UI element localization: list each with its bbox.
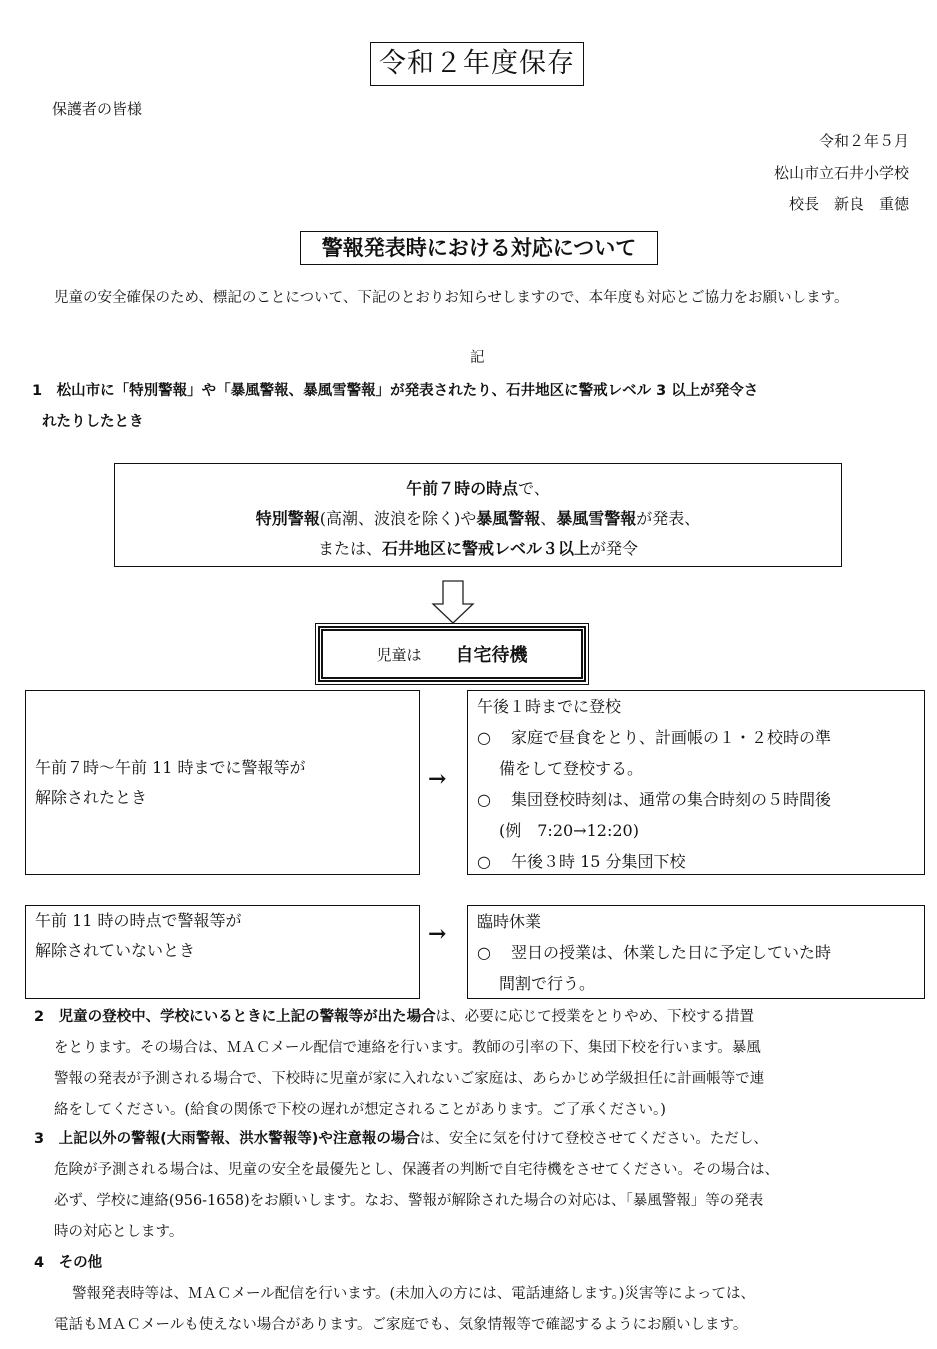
intro-paragraph: 児童の安全確保のため、標記のことについて、下記のとおりお知らせしますので、本年度… xyxy=(32,283,922,314)
section-2-line-4: 絡をしてください。(給食の関係で下校の遅れが想定されることがあります。ご了承くだ… xyxy=(34,1095,926,1126)
case-1-bullet: ○ 午後３時 15 分集団下校 xyxy=(477,846,918,877)
snowstorm-warning: 暴風雪警報 xyxy=(556,509,636,528)
down-arrow-icon xyxy=(431,580,475,624)
ki-heading: 記 xyxy=(470,346,485,367)
bullet-text: 午後３時 15 分集団下校 xyxy=(511,846,918,877)
retention-stamp: 令和２年度保存 xyxy=(370,42,584,86)
stay-home-label: 児童は xyxy=(376,644,421,665)
trigger-condition-box: 午前７時の時点で、 特別警報(高潮、波浪を除く)や暴風警報、暴風雪警報が発表、 … xyxy=(114,463,842,567)
circle-bullet-icon: ○ xyxy=(477,937,511,968)
case-1-result-box: 午後１時までに登校 ○ 家庭で昼食をとり、計画帳の１・２校時の準 備をして登校す… xyxy=(467,690,925,875)
condition-text: で、 xyxy=(518,479,550,498)
case-1-bullet: ○ 家庭で昼食をとり、計画帳の１・２校時の準 xyxy=(477,722,918,753)
bullet-text: 集団登校時刻は、通常の集合時刻の５時間後 xyxy=(511,784,918,815)
issue-date: 令和２年５月 xyxy=(819,130,909,151)
case-1-condition-line-1: 午前７時～午前 11 時までに警報等が xyxy=(35,753,419,783)
section-3: 3 上記以外の警報(大雨警報、洪水警報等)や注意報の場合は、安全に気を付けて登校… xyxy=(34,1124,926,1248)
case-1-bullet: ○ 集団登校時刻は、通常の集合時刻の５時間後 xyxy=(477,784,918,815)
document-title: 警報発表時における対応について xyxy=(300,231,658,265)
section-4: 4 その他 警報発表時等は、ＭＡＣメール配信を行います。(未加入の方には、電話連… xyxy=(34,1248,926,1341)
section-3-line-3: 必ず、学校に連絡(956-1658)をお願いします。なお、警報が解除された場合の… xyxy=(34,1186,926,1217)
section-1-line-2: れたりしたとき xyxy=(32,407,924,438)
circle-bullet-icon: ○ xyxy=(477,722,511,753)
section-4-line-2: 電話もＭＡＣメールも使えない場合があります。ご家庭でも、気象情報等で確認するよう… xyxy=(34,1310,926,1341)
bullet-continuation: 備をして登校する。 xyxy=(477,753,918,784)
section-3-line-4: 時の対応とします。 xyxy=(34,1217,926,1248)
section-2-line-2: をとります。その場合は、ＭＡＣメール配信で連絡を行います。教師の引率の下、集団下… xyxy=(34,1033,926,1064)
condition-text: 、 xyxy=(540,509,556,528)
case-2-condition-line-2: 解除されていないとき xyxy=(35,936,419,966)
case-1-condition-line-2: 解除されたとき xyxy=(35,783,419,813)
greeting: 保護者の皆様 xyxy=(52,98,142,119)
case-2-result-box: 臨時休業 ○ 翌日の授業は、休業した日に予定していた時 間割で行う。 xyxy=(467,905,925,999)
section-2-text: は、必要に応じて授業をとりやめ、下校する措置 xyxy=(436,1009,754,1025)
case-2-condition-line-1: 午前 11 時の時点で警報等が xyxy=(35,906,419,936)
case-2-bullet: ○ 翌日の授業は、休業した日に予定していた時 xyxy=(477,937,918,968)
case-1-condition-box: 午前７時～午前 11 時までに警報等が 解除されたとき xyxy=(25,690,420,875)
circle-bullet-icon: ○ xyxy=(477,846,511,877)
case-2-result-title: 臨時休業 xyxy=(477,906,918,937)
section-2-line-1: 2 児童の登校中、学校にいるときに上記の警報等が出た場合は、必要に応じて授業をと… xyxy=(34,1002,926,1033)
condition-text: が発令 xyxy=(590,539,638,558)
special-warning: 特別警報 xyxy=(256,509,320,528)
condition-line-1: 午前７時の時点で、 xyxy=(115,474,841,504)
circle-bullet-icon: ○ xyxy=(477,784,511,815)
section-3-text: は、安全に気を付けて登校させてください。ただし、 xyxy=(420,1131,768,1147)
condition-text: (高潮、波浪を除く)や xyxy=(320,509,477,528)
right-arrow-icon: → xyxy=(428,921,446,947)
school-name: 松山市立石井小学校 xyxy=(774,162,909,183)
condition-line-2: 特別警報(高潮、波浪を除く)や暴風警報、暴風雪警報が発表、 xyxy=(115,504,841,534)
section-3-line-2: 危険が予測される場合は、児童の安全を最優先とし、保護者の判断で自宅待機をさせてく… xyxy=(34,1155,926,1186)
case-1-result-title: 午後１時までに登校 xyxy=(477,691,918,722)
principal-name: 校長 新良 重徳 xyxy=(789,193,909,214)
stay-home-box: 児童は 自宅待機 xyxy=(318,626,586,682)
stay-home-value: 自宅待機 xyxy=(456,641,528,667)
case-2-condition-box: 午前 11 時の時点で警報等が 解除されていないとき xyxy=(25,905,420,999)
section-4-heading: 4 その他 xyxy=(34,1248,926,1279)
bullet-continuation: (例 7:20→12:20) xyxy=(477,815,918,846)
section-1-line-1: 1 松山市に「特別警報」や「暴風警報、暴風雪警報」が発表されたり、石井地区に警戒… xyxy=(32,376,924,407)
section-1-heading: 1 松山市に「特別警報」や「暴風警報、暴風雪警報」が発表されたり、石井地区に警戒… xyxy=(32,376,924,438)
section-2-heading: 2 児童の登校中、学校にいるときに上記の警報等が出た場合 xyxy=(34,1009,436,1025)
bullet-text: 家庭で昼食をとり、計画帳の１・２校時の準 xyxy=(511,722,918,753)
condition-text: が発表、 xyxy=(636,509,700,528)
section-2: 2 児童の登校中、学校にいるときに上記の警報等が出た場合は、必要に応じて授業をと… xyxy=(34,1002,926,1126)
right-arrow-icon: → xyxy=(428,766,446,792)
storm-warning: 暴風警報 xyxy=(476,509,540,528)
condition-text: または、 xyxy=(318,539,382,558)
bullet-continuation: 間割で行う。 xyxy=(477,968,918,999)
bullet-text: 翌日の授業は、休業した日に予定していた時 xyxy=(511,937,918,968)
alert-level: 石井地区に警戒レベル３以上 xyxy=(382,539,590,558)
section-2-line-3: 警報の発表が予測される場合で、下校時に児童が家に入れないご家庭は、あらかじめ学級… xyxy=(34,1064,926,1095)
condition-time: 午前７時の時点 xyxy=(406,479,518,498)
section-4-line-1: 警報発表時等は、ＭＡＣメール配信を行います。(未加入の方には、電話連絡します。)… xyxy=(34,1279,926,1310)
section-3-line-1: 3 上記以外の警報(大雨警報、洪水警報等)や注意報の場合は、安全に気を付けて登校… xyxy=(34,1124,926,1155)
section-3-heading: 3 上記以外の警報(大雨警報、洪水警報等)や注意報の場合 xyxy=(34,1131,420,1147)
condition-line-3: または、石井地区に警戒レベル３以上が発令 xyxy=(115,534,841,564)
